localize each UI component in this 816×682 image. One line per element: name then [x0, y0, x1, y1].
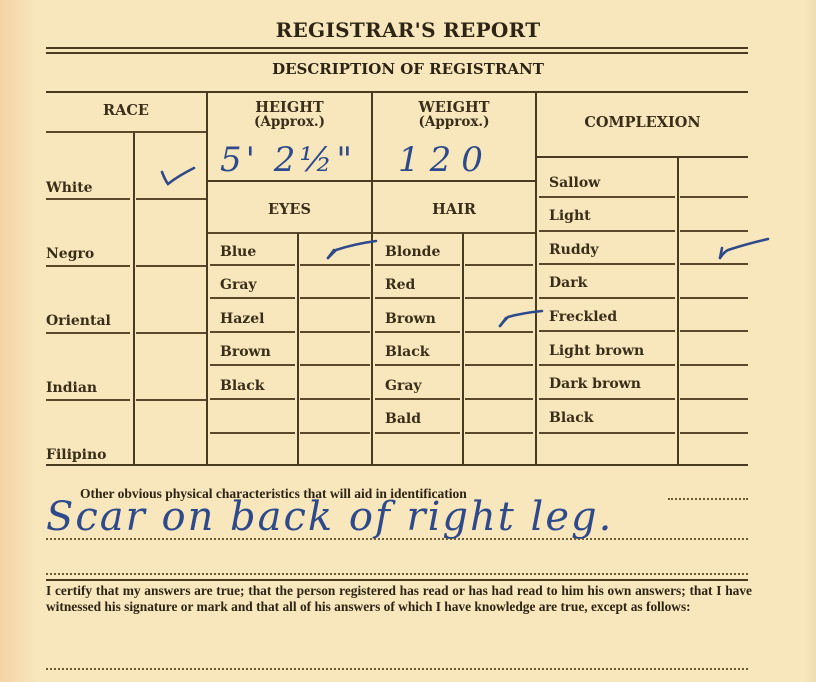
eyes-option-black[interactable]: Black: [220, 378, 264, 394]
race-underline: [46, 198, 130, 200]
label-leader-dots: [668, 498, 748, 500]
hair-header-rule: [373, 232, 535, 234]
race-check-rule: [136, 198, 206, 200]
complexion-header-rule: [537, 156, 748, 158]
race-option-white[interactable]: White: [46, 180, 93, 196]
hair-header: HAIR: [373, 202, 535, 217]
complexion-option-sallow[interactable]: Sallow: [549, 175, 600, 191]
race-option-oriental[interactable]: Oriental: [46, 313, 111, 329]
hair-row-rule: [375, 364, 460, 366]
section-divider: [46, 579, 748, 581]
complexion-row-rule: [539, 398, 675, 400]
hair-row-rule: [375, 264, 460, 266]
divider-height-weight: [371, 92, 373, 465]
eyes-row-rule: [210, 398, 295, 400]
hair-option-gray[interactable]: Gray: [385, 378, 422, 394]
hair-check-divider: [462, 233, 464, 465]
complexion-row-rule: [680, 432, 748, 434]
complexion-row-rule: [680, 263, 748, 265]
remarks-line-2: [46, 573, 748, 575]
hair-row-rule: [465, 432, 533, 434]
complexion-row-rule: [680, 330, 748, 332]
hair-option-red[interactable]: Red: [385, 277, 415, 293]
hair-row-rule: [375, 398, 460, 400]
table-top-border: [46, 91, 748, 93]
hair-row-rule: [465, 264, 533, 266]
check-mark-icon: [326, 236, 378, 262]
height-value[interactable]: 5' 2½": [220, 140, 356, 180]
eyes-option-blue[interactable]: Blue: [220, 244, 256, 260]
race-option-indian[interactable]: Indian: [46, 380, 97, 396]
hair-option-blonde[interactable]: Blonde: [385, 244, 440, 260]
eyes-row-rule: [300, 331, 370, 333]
complexion-row-rule: [539, 196, 675, 198]
weight-header-sub: (Approx.): [373, 115, 535, 130]
complexion-row-rule: [539, 297, 675, 299]
hair-option-brown[interactable]: Brown: [385, 311, 436, 327]
eyes-row-rule: [210, 331, 295, 333]
height-header-sub: (Approx.): [208, 115, 371, 130]
check-mark-icon: [716, 236, 770, 262]
race-header-rule: [46, 131, 206, 133]
exceptions-line: [46, 668, 748, 670]
divider-race-height: [206, 92, 208, 465]
complexion-option-ruddy[interactable]: Ruddy: [549, 242, 599, 258]
eyes-option-brown[interactable]: Brown: [220, 344, 271, 360]
eyes-option-gray[interactable]: Gray: [220, 277, 257, 293]
hair-row-rule: [375, 297, 460, 299]
hair-option-bald[interactable]: Bald: [385, 411, 421, 427]
complexion-row-rule: [680, 364, 748, 366]
check-mark-icon: [496, 307, 544, 329]
complexion-row-rule: [539, 330, 675, 332]
title-rule-bottom: [46, 52, 748, 54]
complexion-check-divider: [677, 157, 679, 465]
complexion-option-light[interactable]: Light: [549, 208, 591, 224]
weight-value[interactable]: 120: [398, 140, 493, 180]
complexion-option-black[interactable]: Black: [549, 410, 593, 426]
complexion-row-rule: [680, 196, 748, 198]
complexion-header: COMPLEXION: [537, 115, 748, 130]
hair-row-rule: [465, 364, 533, 366]
eyes-row-rule: [300, 264, 370, 266]
eyes-row-rule: [300, 398, 370, 400]
race-header: RACE: [46, 103, 206, 118]
complexion-row-rule: [539, 364, 675, 366]
eyes-row-rule: [210, 364, 295, 366]
hair-row-rule: [465, 331, 533, 333]
eyes-row-rule: [210, 432, 295, 434]
complexion-option-dark[interactable]: Dark: [549, 275, 587, 291]
race-check-divider: [133, 133, 135, 465]
eyes-row-rule: [300, 432, 370, 434]
race-check-rule: [136, 399, 206, 401]
eyes-check-divider: [297, 233, 299, 465]
complexion-option-freckled[interactable]: Freckled: [549, 309, 617, 325]
check-mark-icon: [160, 164, 196, 186]
title-rule-top: [46, 47, 748, 49]
hair-row-rule: [465, 297, 533, 299]
weight-rule: [373, 180, 535, 182]
report-title: REGISTRAR'S REPORT: [0, 18, 816, 42]
hair-row-rule: [375, 331, 460, 333]
race-underline: [46, 265, 130, 267]
eyes-row-rule: [300, 297, 370, 299]
complexion-row-rule: [680, 398, 748, 400]
hair-option-black[interactable]: Black: [385, 344, 429, 360]
race-underline: [46, 332, 130, 334]
race-underline: [46, 399, 130, 401]
complexion-row-rule: [680, 230, 748, 232]
other-characteristics-value[interactable]: Scar on back of right leg.: [46, 494, 613, 540]
table-bottom-border: [46, 464, 748, 466]
divider-weight-complexion: [535, 92, 537, 465]
weight-header: WEIGHT (Approx.): [373, 100, 535, 130]
height-header: HEIGHT (Approx.): [208, 100, 371, 130]
eyes-header-rule: [208, 232, 371, 234]
eyes-row-rule: [210, 264, 295, 266]
eyes-option-hazel[interactable]: Hazel: [220, 311, 264, 327]
height-rule: [208, 180, 371, 182]
race-check-rule: [136, 332, 206, 334]
race-option-negro[interactable]: Negro: [46, 246, 94, 262]
certification-text: I certify that my answers are true; that…: [46, 583, 752, 615]
hair-row-rule: [465, 398, 533, 400]
complexion-row-rule: [539, 432, 675, 434]
race-option-filipino[interactable]: Filipino: [46, 447, 107, 463]
eyes-row-rule: [210, 297, 295, 299]
complexion-option-dark-brown[interactable]: Dark brown: [549, 376, 641, 392]
eyes-header: EYES: [208, 202, 371, 217]
complexion-row-rule: [539, 230, 675, 232]
complexion-row-rule: [680, 297, 748, 299]
hair-row-rule: [375, 432, 460, 434]
complexion-option-light-brown[interactable]: Light brown: [549, 343, 644, 359]
race-check-rule: [136, 265, 206, 267]
complexion-row-rule: [539, 263, 675, 265]
section-subtitle: DESCRIPTION OF REGISTRANT: [0, 60, 816, 78]
remarks-line-1: [46, 538, 748, 540]
eyes-row-rule: [300, 364, 370, 366]
